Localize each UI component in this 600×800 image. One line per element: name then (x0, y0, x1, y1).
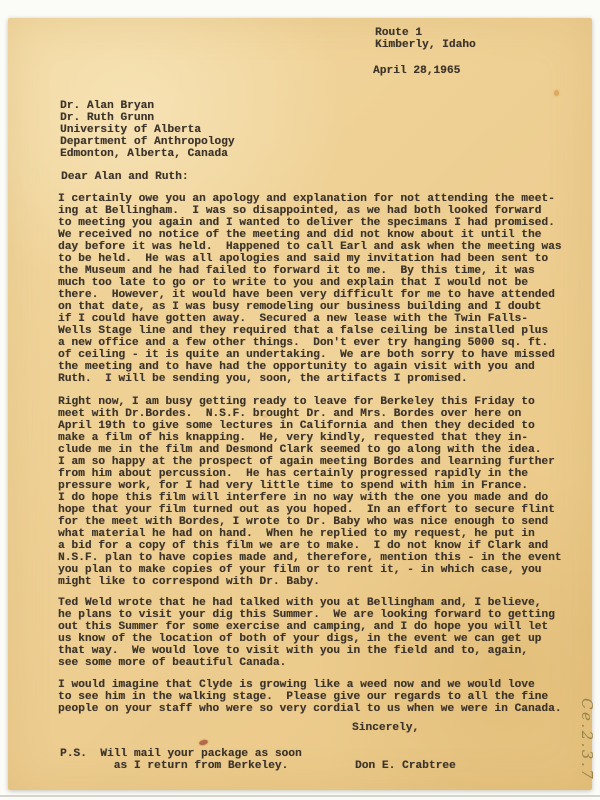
closing: Sincerely, (352, 722, 419, 734)
archival-annotation: Ce.2.3.7 (578, 698, 596, 781)
body-paragraph-3: Ted Weld wrote that he had talked with y… (58, 597, 555, 669)
scanner-edge-line (0, 795, 600, 797)
recipient-address: Dr. Alan Bryan Dr. Ruth Grunn University… (60, 100, 235, 160)
signature: Don E. Crabtree (355, 760, 456, 772)
letter-scan-page: { "scan": { "annotation": "Ce.2.3.7" }, … (0, 0, 600, 800)
paper-stain (262, 414, 268, 418)
salutation: Dear Alan and Ruth: (61, 171, 189, 183)
postscript: P.S. Will mail your package as soon as I… (60, 748, 302, 772)
sender-address: Route 1 Kimberly, Idaho (375, 27, 476, 51)
paper-stain (554, 90, 559, 96)
body-paragraph-4: I would imagine that Clyde is growing li… (58, 679, 562, 715)
letter-date: April 28,1965 (373, 65, 460, 77)
body-paragraph-2: Right now, I am busy getting ready to le… (58, 396, 562, 588)
body-paragraph-1: I certainly owe you an apology and expla… (58, 193, 562, 385)
